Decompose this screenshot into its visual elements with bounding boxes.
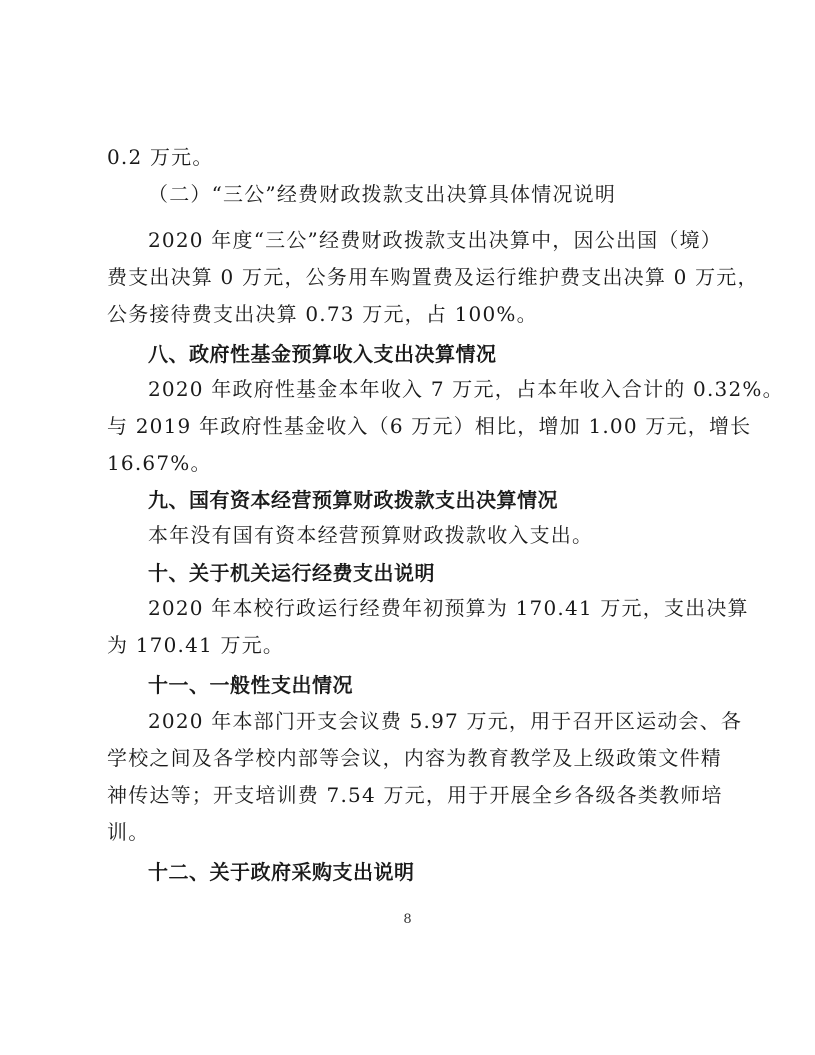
section-heading-8: 八、政府性基金预算收入支出决算情况 — [148, 340, 497, 368]
section-heading-12: 十二、关于政府采购支出说明 — [148, 858, 415, 886]
paragraph-line: 公务接待费支出决算 0.73 万元，占 100%。 — [107, 300, 722, 328]
paragraph-line: 与 2019 年政府性基金收入（6 万元）相比，增加 1.00 万元，增长 — [107, 412, 722, 440]
page-number: 8 — [0, 912, 815, 928]
paragraph-line: 2020 年度“三公”经费财政拨款支出决算中，因公出国（境） — [148, 226, 722, 254]
paragraph-line: 训。 — [107, 818, 722, 846]
paragraph-line: 2020 年政府性基金本年收入 7 万元，占本年收入合计的 0.32%。 — [148, 375, 722, 403]
paragraph-line: 学校之间及各学校内部等会议，内容为教育教学及上级政策文件精 — [107, 744, 722, 772]
paragraph-line: 为 170.41 万元。 — [107, 631, 722, 659]
paragraph-tail-line: 0.2 万元。 — [107, 143, 722, 171]
document-page: 0.2 万元。 （二）“三公”经费财政拨款支出决算具体情况说明 2020 年度“… — [0, 0, 815, 1055]
paragraph-line: 费支出决算 0 万元，公务用车购置费及运行维护费支出决算 0 万元， — [107, 263, 722, 291]
paragraph-line: 16.67%。 — [107, 449, 722, 477]
section-heading-11: 十一、一般性支出情况 — [148, 671, 353, 699]
subheading-san-gong-details: （二）“三公”经费财政拨款支出决算具体情况说明 — [148, 180, 722, 208]
paragraph-line: 神传达等；开支培训费 7.54 万元，用于开展全乡各级各类教师培 — [107, 781, 722, 809]
paragraph-line: 本年没有国有资本经营预算财政拨款收入支出。 — [148, 521, 722, 549]
paragraph-line: 2020 年本校行政运行经费年初预算为 170.41 万元，支出决算 — [148, 594, 722, 622]
section-heading-9: 九、国有资本经营预算财政拨款支出决算情况 — [148, 486, 558, 514]
paragraph-line: 2020 年本部门开支会议费 5.97 万元，用于召开区运动会、各 — [148, 707, 722, 735]
section-heading-10: 十、关于机关运行经费支出说明 — [148, 559, 435, 587]
